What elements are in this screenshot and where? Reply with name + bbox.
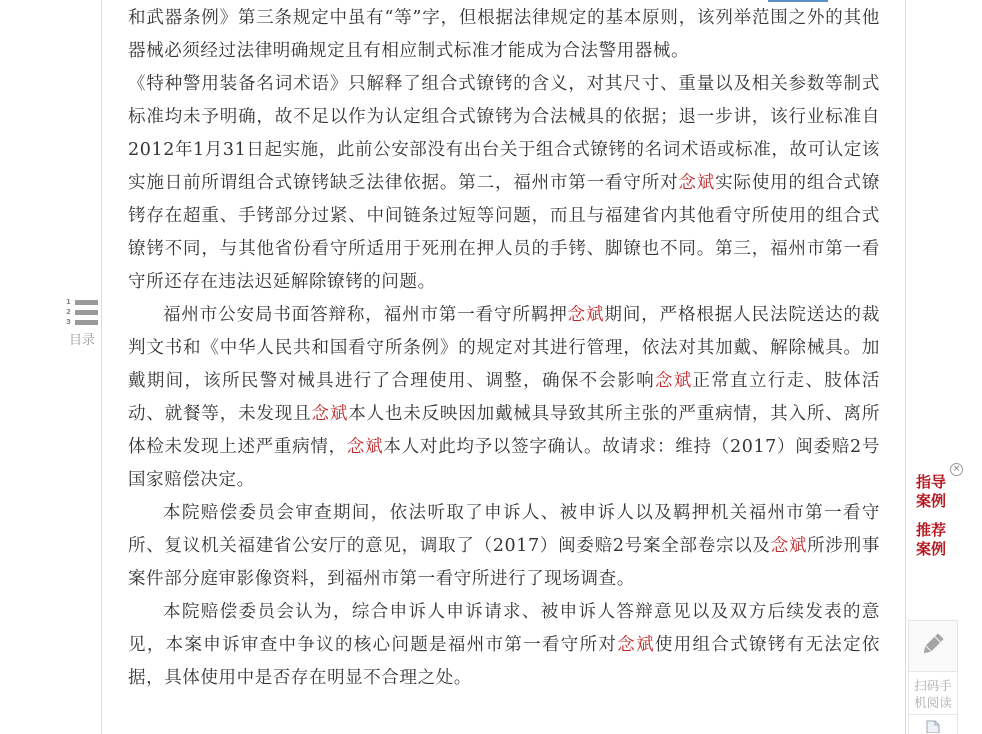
paragraph: 本院赔偿委员会认为，综合申诉人申诉请求、被申诉人答辩意见以及双方后续发表的意见，… [128, 596, 880, 695]
paragraph: 《特种警用装备名词术语》只解释了组合式镣铐的含义，对其尺寸、重量以及相关参数等制… [128, 68, 880, 299]
pencil-icon [920, 631, 946, 661]
paragraph: 福州市公安局书面答辩称，福州市第一看守所羁押念斌期间，严格根据人民法院送达的裁判… [128, 299, 880, 497]
tool-panel: 扫码手 机阅读 [908, 620, 958, 734]
highlighted-name[interactable]: 念斌 [568, 305, 605, 325]
recommended-cases-link[interactable]: 推荐 案例 [916, 521, 950, 559]
paragraph: 和武器条例》第三条规定中虽有“等”字，但根据法律规定的基本原则，该列举范围之外的… [128, 2, 880, 68]
highlighted-name[interactable]: 念斌 [678, 173, 715, 193]
toc-label: 目录 [62, 329, 102, 348]
table-of-contents-button[interactable]: 1 2 3 目录 [62, 298, 102, 348]
document-icon[interactable] [909, 715, 957, 734]
paragraph-text: 和武器条例》第三条规定中虽有“等”字，但根据法律规定的基本原则，该列举范围之外的… [128, 8, 880, 61]
highlighted-name[interactable]: 念斌 [617, 635, 655, 655]
paragraph: 本院赔偿委员会审查期间，依法听取了申诉人、被申诉人以及羁押机关福州市第一看守所、… [128, 497, 880, 596]
side-links: 指导 案例 推荐 案例 [916, 473, 966, 569]
scan-qr-mobile-read-button[interactable]: 扫码手 机阅读 [909, 671, 957, 715]
paragraph-text: 本院赔偿委员会审查期间，依法听取了申诉人、被申诉人以及羁押机关福州市第一看守所、… [128, 503, 880, 556]
highlighted-name[interactable]: 念斌 [655, 371, 693, 391]
list-numbered-icon: 1 2 3 [64, 298, 100, 328]
highlighted-name[interactable]: 念斌 [347, 437, 383, 457]
highlighted-name[interactable]: 念斌 [311, 404, 348, 424]
highlighted-name[interactable]: 念斌 [771, 536, 807, 556]
document-body: 和武器条例》第三条规定中虽有“等”字，但根据法律规定的基本原则，该列举范围之外的… [128, 2, 880, 695]
paragraph-text: 福州市公安局书面答辩称，福州市第一看守所羁押 [163, 305, 568, 325]
edit-button[interactable] [909, 620, 957, 671]
guiding-cases-link[interactable]: 指导 案例 [916, 473, 950, 511]
